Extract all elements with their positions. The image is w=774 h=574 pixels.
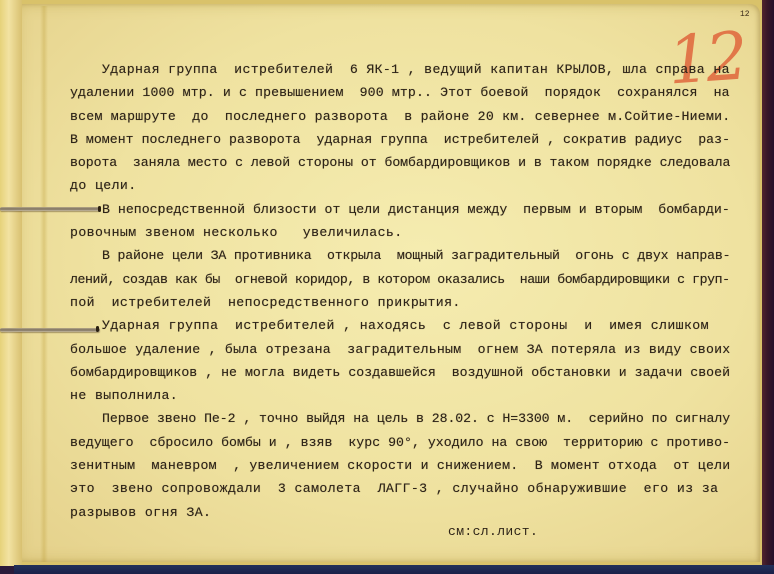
text-line: Ударная группа истребителей , находясь с… <box>70 314 730 337</box>
text-line: разрывов огня ЗА. <box>70 501 730 524</box>
text-line: В момент последнего разворота ударная гр… <box>70 128 730 151</box>
text-line: В непосредственной близости от цели дист… <box>70 198 730 221</box>
text-line: пой истребителей непосредственного прикр… <box>70 291 730 314</box>
text-line: В районе цели ЗА противника открыла мощн… <box>70 244 730 267</box>
text-line: ворота заняла место с левой стороны от б… <box>70 151 730 174</box>
text-line: Первое звено Пе-2 , точно выйдя на цель … <box>70 407 730 430</box>
page-spine <box>0 0 22 566</box>
text-line: ведущего сбросило бомбы и , взяв курс 90… <box>70 431 730 454</box>
text-line: удалении 1000 мтр. и с превышением 900 м… <box>70 81 730 104</box>
document-body: Ударная группа истребителей 6 ЯК-1 , вед… <box>70 58 730 524</box>
bottom-edge <box>14 565 774 574</box>
text-line: зенитным маневром , увеличением скорости… <box>70 454 730 477</box>
continued-note: см:сл.лист. <box>448 524 538 539</box>
text-line: ровочным звеном несколько увеличилась. <box>70 221 730 244</box>
text-line: лений, создав как бы огневой коридор, в … <box>70 268 730 291</box>
text-line: всем маршруте до последнего разворота в … <box>70 105 730 128</box>
text-line: большое удаление , была отрезана загради… <box>70 338 730 361</box>
binder-edge <box>760 0 774 574</box>
text-line: это звено сопровождали 3 самолета ЛАГГ-3… <box>70 477 730 500</box>
text-line: бомбардировщиков , не могла видеть созда… <box>70 361 730 384</box>
text-line: не выполнила. <box>70 384 730 407</box>
page-fold <box>40 6 48 562</box>
stamped-page-number: 12 <box>740 10 750 19</box>
text-line: Ударная группа истребителей 6 ЯК-1 , вед… <box>70 58 730 81</box>
text-line: до цели. <box>70 174 730 197</box>
